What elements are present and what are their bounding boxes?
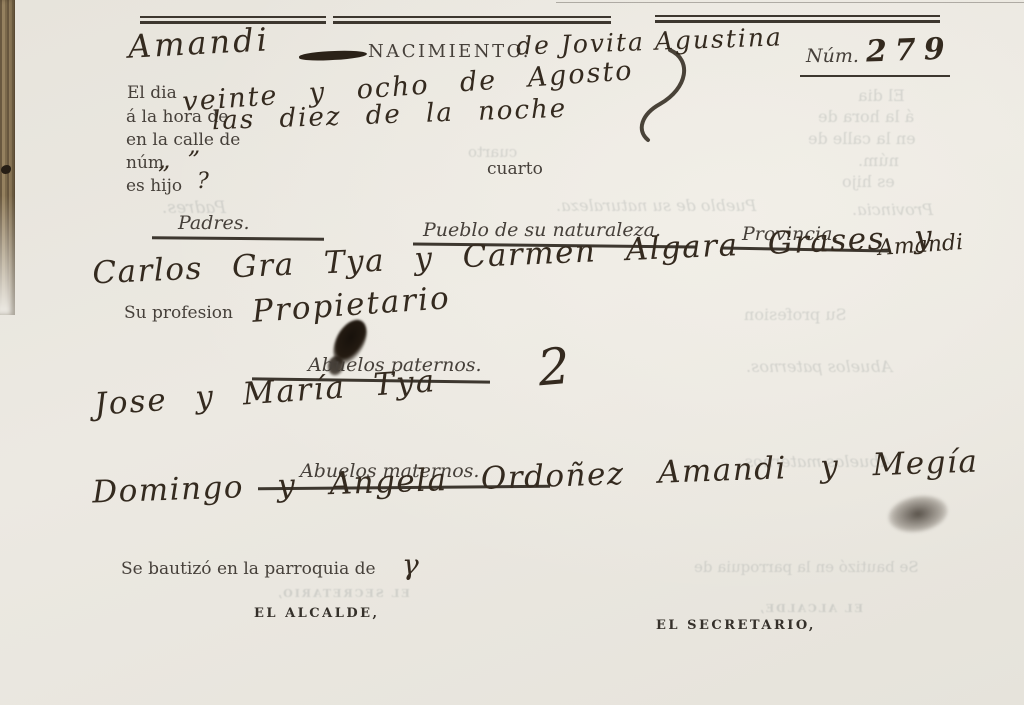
bautizo-label: Se bautizó en la parroquia de <box>121 560 376 579</box>
profesion-label: Su profesion <box>124 304 233 323</box>
num-ditto-mark: „ <box>158 147 170 173</box>
bleedthrough-text: El dia <box>858 86 905 105</box>
bleedthrough-text: Su profesion <box>744 305 847 324</box>
bleedthrough-text: á la hora de <box>818 107 914 126</box>
ink-smudge <box>885 491 950 537</box>
margin-name-handwritten: Amandi <box>127 22 271 65</box>
bleedthrough-text: Abuelos paternos. <box>746 357 892 376</box>
hijo-mark-handwritten: ? <box>197 170 209 194</box>
abuelos-maternos-value-handwritten: Domingo y Angela Ordoñez Amandi y Megía <box>92 445 979 510</box>
cuarto-text: cuarto <box>487 160 543 179</box>
hijo-label: es hijo <box>126 177 182 196</box>
bleedthrough-text: en la calle de <box>808 129 916 148</box>
book-binding-edge <box>0 0 15 315</box>
abuelos-paternos-value-handwritten: Jose y María Tya <box>93 364 437 422</box>
dia-label: El dia <box>127 84 177 103</box>
bautizo-mark-handwritten: γ <box>402 550 419 581</box>
calle-ditto-mark: „ <box>188 132 200 158</box>
top-hairline <box>556 2 1024 3</box>
header-rule-segment <box>333 16 611 24</box>
bleedthrough-text: núm. <box>858 151 899 170</box>
bleedthrough-text: Provincia. <box>852 200 933 219</box>
secretario-label: EL SECRETARIO, <box>656 619 816 633</box>
num-underline <box>800 75 950 77</box>
scanned-birth-record-page: El dia á la hora de en la calle de núm. … <box>0 0 1024 705</box>
bleedthrough-text: Pueblo de su naturaleza. <box>556 196 756 215</box>
flourish-mark-handwritten: 2 <box>536 339 572 397</box>
bleedthrough-text: Se bautizó en la parroquia de <box>694 558 919 576</box>
ink-dash-stroke <box>299 49 367 62</box>
alcalde-label: EL ALCALDE, <box>254 607 380 621</box>
bleedthrough-text: EL ALCALDE, <box>758 602 863 615</box>
bleedthrough-text: es hijo <box>842 172 895 191</box>
num-value-handwritten: 279 <box>865 32 953 68</box>
padres-value-right-handwritten: Amandi <box>877 231 964 261</box>
bleedthrough-text: EL SECRETARIO, <box>276 587 410 600</box>
num-label: Núm. <box>806 46 859 67</box>
document-title: NACIMIENTO. <box>368 42 531 62</box>
padres-header: Padres. <box>178 213 250 234</box>
header-rule-segment <box>655 15 940 23</box>
padres-underline <box>152 236 324 241</box>
